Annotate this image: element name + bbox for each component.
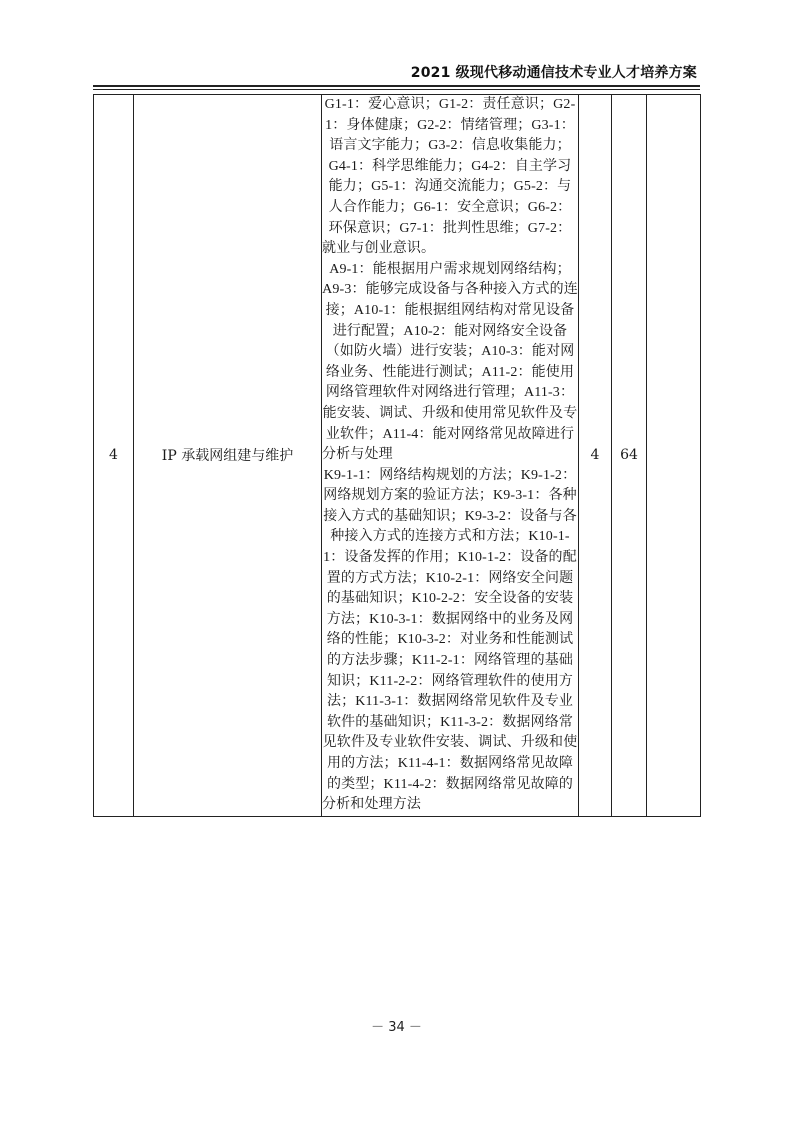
course-objectives-cell: G1-1：爱心意识；G1-2：责任意识；G2-1：身体健康；G2-2：情绪管理；… bbox=[322, 95, 579, 817]
course-table: 4 IP 承载网组建与维护 G1-1：爱心意识；G1-2：责任意识；G2-1：身… bbox=[93, 94, 701, 817]
page-number: － 34 － bbox=[0, 1016, 793, 1035]
quality-goals-text: G1-1：爱心意识；G1-2：责任意识；G2-1：身体健康；G2-2：情绪管理；… bbox=[322, 95, 578, 260]
ability-goals-text: A9-1：能根据用户需求规划网络结构；A9-3：能够完成设备与各种接入方式的连接… bbox=[322, 260, 578, 466]
credits-cell: 4 bbox=[579, 95, 612, 817]
course-index-cell: 4 bbox=[94, 95, 134, 817]
header-rule-thin bbox=[93, 89, 700, 90]
document-header-title: 2021 级现代移动通信技术专业人才培养方案 bbox=[411, 62, 697, 82]
course-name-cell: IP 承载网组建与维护 bbox=[134, 95, 322, 817]
knowledge-goals-text: K9-1-1：网络结构规划的方法；K9-1-2：网络规划方案的验证方法；K9-3… bbox=[322, 466, 578, 816]
hours-cell: 64 bbox=[612, 95, 647, 817]
header-rule bbox=[93, 85, 700, 87]
table-row: 4 IP 承载网组建与维护 G1-1：爱心意识；G1-2：责任意识；G2-1：身… bbox=[94, 95, 701, 817]
remarks-cell bbox=[647, 95, 701, 817]
